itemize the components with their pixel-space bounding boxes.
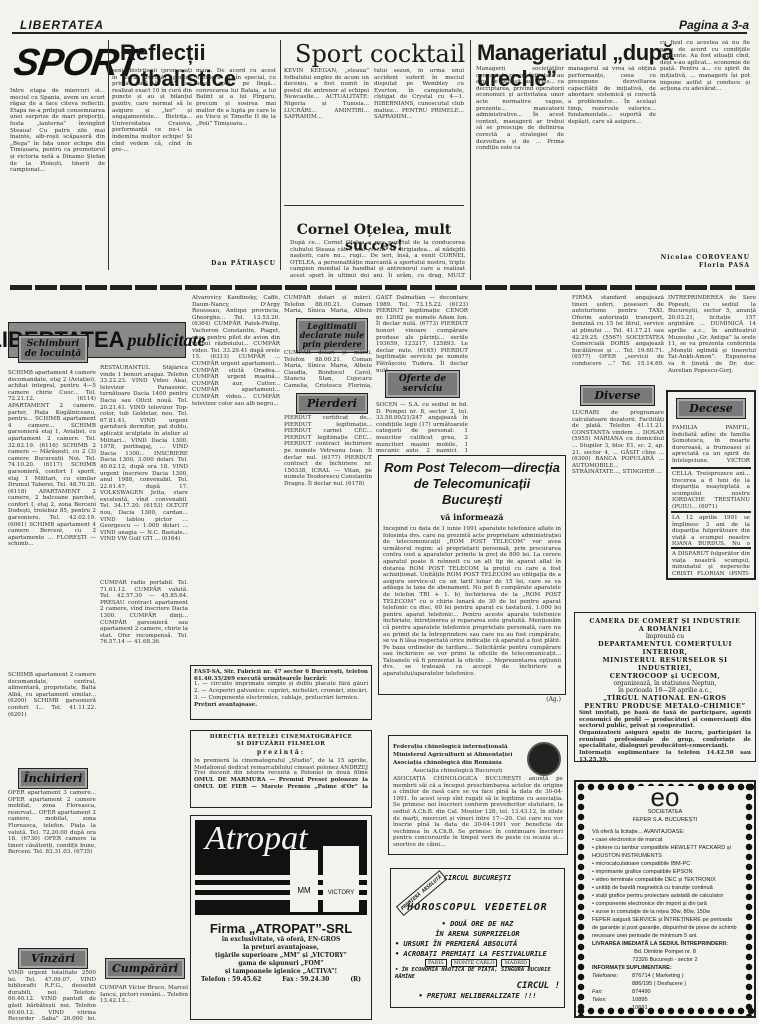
section-divider [10,285,755,290]
contact-label: Fax: [592,988,632,996]
feper-item: • stații grafice pentru proiectare asist… [592,892,738,900]
rompost-subtitle: vă informează [383,512,561,522]
divider [284,205,464,206]
oferte-list: SOCEN — S.A. cu sediul în bd. D. Pompei … [376,402,468,452]
circus-arc-main: HOROSCOPUL VEDETELOR [395,903,560,913]
atropat-ad: Atropat MM VICTORY Firma „ATROPAT”-SRL î… [190,815,372,1020]
article-cocktail-col1: KEVIN KEEGAN, „steaua” fotbalului englez… [284,68,369,198]
schimburi-list: SCHIMB apartament 4 camere decomandate, … [8,370,96,670]
schimburi-list-2: SCHIMB apartament 2 camere decomandate, … [8,672,96,762]
chamber-body3: Informații suplimentare la telefon 14.42… [579,750,751,762]
section-pierderi: Pierderi [296,393,368,414]
cinema-ad: DIRECȚIA REȚELEI CINEMATOGRAFICE ȘI DIFU… [190,730,372,808]
circus-line3: • URSURI ÎN PREMIERĂ ABSOLUTĂ [395,939,560,949]
contact-label [592,980,632,988]
circus-line2: ÎN ARENA SURPRIZELOR [395,929,560,939]
byline-pasa: Florin PASA [660,262,750,269]
article-reflectii-col2: mare. De acord cu acest deziderat și, în… [196,68,276,248]
article-manageriatul-col1: Managerii societăților comerciale recent… [476,66,564,276]
feper-ad: eo SOCIETATEA FEPER S.A. BUCUREȘTI Vă of… [574,780,756,1018]
chamber-line1: CAMERA DE COMERȚ ȘI INDUSTRIE [579,617,751,625]
rompost-title-2: de Telecomunicații București [383,476,561,508]
cinema-text2: Trei decenii din istoria recentă a Polon… [194,770,368,777]
column-rule [280,40,281,270]
feper-item: • microcalculatoare compatibile IBM-PC [592,860,738,868]
pierderi-list: PIERDUT certificat de... PIERDUT legitim… [284,415,372,585]
feper-service: FEPER asigură SERVICE și ÎNTREȚINERE pe … [592,916,738,940]
fast-header: FAST-SA, Str. Fabricii nr. 47 sector 6 B… [194,669,368,681]
contact-value: 874490 [632,988,738,996]
atropat-line3: țigările superioare „MM” și „VICTORY” [195,952,367,960]
classifieds-col2-list-b: CUMPĂR radio portabil. Tel. 71.61.12. CU… [100,580,188,950]
feper-delivery: LIVRAREA IMEDIATĂ LA SEDIUL ÎNTREPRINDER… [592,940,738,948]
divider [671,467,751,469]
chamber-line9: „TÎRGUL NAȚIONAL EN-GROS [579,694,751,702]
section-oferte: Oferte de serviciu [385,370,460,398]
circus-line1: • DOUĂ ORE DE HAZ [395,919,560,929]
header-rule [12,32,747,34]
city-badge: MONTE CARLO [451,959,498,967]
chamber-body1: Sînt invitați, pe bază de taxă de partic… [579,710,751,730]
chamber-line4: DEPARTAMENTUL COMERȚULUI INTERIOR, [579,640,751,656]
section-diverse: Diverse [580,385,655,406]
rompost-title-1: Rom Post Telecom—direcția [383,460,561,476]
vinzari-list: VIND urgent totalitate 2500 lei. Tel. 47… [8,970,96,1020]
column-rule [108,40,109,270]
chamber-body2: Organizatorii asigură spații de lucru, p… [579,730,751,750]
diverse-list: LUCRĂRI de programare calculatoare dozat… [572,410,664,580]
chamber-line10: PENTRU PRODUSE METALO-CHIMICE” [579,702,751,710]
circus-line6: • PREȚURI NELIBERALIZATE !!! [395,991,560,1001]
contact-value: 876714 ( Marketing ) [632,972,738,980]
inchirieri-list: OFER apartament 3 camere... OFER apartam… [8,790,96,940]
page-number: Pagina a 3-a [679,18,749,32]
chamber-ad: CAMERA DE COMERȚ ȘI INDUSTRIE A ROMÂNIEI… [574,612,756,762]
atropat-line1: în exclusivitate, vă oferă, EN-GROS [195,936,367,944]
contact-label: Telex: [592,996,632,1004]
decese-item: LA 12 aprilie 1991 se împlinesc 3 ani de… [668,515,754,545]
feper-item: • surse in comutație de la rețea 30w, 80… [592,908,738,916]
byline-coroveanu: Nicolae COROVEANU [660,254,750,261]
fast-footer: Prețuri avantajoase. [194,702,368,709]
feper-item: • plotere cu tambur compatibile HEWLETT … [592,844,738,860]
section-legitimatii: Legitimații declarate nule prin pierdere [296,318,368,353]
decese-item: CELLA. Treisprezece ani... trecerea a 6 … [668,471,754,509]
decese-box: Decese FAMILIA PAMFIL, îndoliată adînc d… [666,390,756,580]
feper-intro: Vă oferă la licitație... AVANTAJOASE: [592,828,738,836]
article-cocktail-col2: tului sezon, în urma unui accident sufer… [374,68,464,198]
chamber-line2: A ROMÂNIEI [579,625,751,633]
feper-address2: 72326 București - sector 2 [592,956,738,964]
chamber-line3: împreună cu [579,633,751,640]
atropat-line4: gama de săpunuri „FOM” [195,960,367,968]
masthead: LIBERTATEA [20,18,104,32]
kennel-text: ASOCIAȚIA CHINOLOGICĂ BUCUREȘTI anunță p… [393,776,563,846]
feper-item: • imprimante grafice compatibile EPSON [592,868,738,876]
dog-emblem-icon [527,742,561,776]
chamber-line5: MINISTERUL RESURSELOR ȘI INDUSTRIEI, [579,656,751,672]
section-decese: Decese [676,398,746,419]
divider [671,547,751,549]
cumparari-list: CUMPĂR Victor Bruce, Marcel Iancu, picto… [100,985,188,1020]
circus-line4: • ACROBAȚI PREMIAȚI LA FESTIVALURILE [395,949,560,959]
rompost-tag: (Ag.) [383,696,561,703]
dot-border-bottom [576,1006,754,1016]
atropat-contact: Telefon : 59.45.62 Fax : 59.24.30 (R) [195,976,367,983]
fast-item: 3. — Componente electronice, cablaje, pr… [194,695,368,702]
article-manageriatul-col3: cu fișul cu acestea să nu fie puse de ac… [660,40,750,250]
dot-border-right [744,782,754,1016]
atropat-tag: (R) [350,976,361,983]
cumpar-dolari: CUMPĂR dolari și mărci. Telefon 88.00.21… [284,295,372,315]
atropat-phone: Telefon : 59.45.62 [201,976,261,983]
circus-ad: PREMIERĂ ABSOLUTĂ CIRCUL BUCUREȘTI HOROS… [390,868,565,1008]
cigarette-pack-victory: VICTORY [323,846,359,912]
section-inchirieri: Închirieri [18,768,88,789]
cigarette-pack-mm: MM [290,850,318,912]
circus-line5: • ÎN ECONOMIA HAOTICĂ DE PIAȚĂ, SINGURA … [395,967,560,981]
classifieds-col3-list: Alvarovicy Kandinsky, Caffé, Daum-Nancy,… [192,295,280,575]
feper-item: • case electronice de marcat [592,836,738,844]
cinema-text1: În premieră la cinematograful „Studio”, … [194,758,368,770]
kennel-ad: Federația chinologică internațională Min… [388,735,568,855]
fast-ad: FAST-SA, Str. Fabricii nr. 47 sector 6 B… [190,665,372,720]
byline-patrascu: Dan PĂTRAȘCU [196,260,276,267]
feper-info: INFORMAȚII SUPLIMENTARE: [592,964,738,972]
classifieds-col7-list: ÎNTREPRINDEREA de Sere Popești, cu sediu… [668,295,756,385]
decese-item: FAMILIA PAMFIL, îndoliată adînc de famil… [668,425,754,465]
feper-item: • componente electronice din import și d… [592,900,738,908]
atropat-fax: Fax : 59.24.30 [282,976,329,983]
section-vinzari: Vînzări [18,948,88,969]
article-reflectii-col1: seni, bistrițenii (promovați în vara tre… [112,68,192,268]
rompost-ad: Rom Post Telecom—direcția de Telecomunic… [378,455,566,695]
section-cumparari: Cumpărări [105,958,185,979]
circus-circul: CIRCUL ! [395,981,560,991]
city-badge: PARIS [425,959,447,967]
circus-cities: PARIS MONTE CARLO MADRID [395,959,560,967]
contact-label: Telefoane: [592,972,632,980]
feper-item: • unități de bandă magnetică cu tranzițe… [592,884,738,892]
legitimatii-names: CUMPĂR dolari și mărci. Telefon 88.00.21… [284,350,372,390]
sport-intro-text: Intre etapa de miercuri si... meciul cu … [10,88,105,268]
city-badge: MADRID [501,959,530,967]
decese-item: A DISPĂRUT fulgerător din viața noastră … [668,551,754,575]
article-manageriatul-col2: managerul să vrea să obțină performanțe,… [568,66,656,276]
classifieds-col6-list: FIRMA standard angajează tineri șoferi, … [572,295,664,365]
contact-value: 886/195 ( Desfacere ) [632,980,738,988]
feper-address1: Bd. Dimitrie Pompei nr. 8 [592,948,738,956]
cinema-film2: OMUL DE FIER — Marele Premiu „Palme d'Or… [194,784,368,791]
dot-border-left [576,782,586,1016]
rompost-text: Începînd cu data de 1 iunie 1991 aparate… [383,526,561,696]
chamber-line8: în perioada 18—28 aprilie a.c., [579,687,751,694]
atropat-line5: și tampoanele igienice „ACTIVA”! [195,968,367,976]
atropat-line2: la prețuri avantajoase, [195,944,367,952]
cinema-film1: OMUL DE MARMURĂ — Premiul Presei polonez… [194,777,368,784]
article-otelea-text: După ce... Cornel Oțelea a pus punctul d… [290,240,465,280]
divider [671,511,751,513]
cinema-presents: prezintă: [194,749,368,756]
article-title-sport-cocktail: Sport cocktail [295,40,475,68]
feper-company2: FEPER S.A. BUCUREȘTI [592,816,738,824]
feper-logo-icon: eo [635,786,695,808]
fast-item: 2. — Acoperiri galvanice: cuprări, niche… [194,688,368,695]
contact-value: 10895 [632,996,738,1004]
cinema-header-1: DIRECȚIA REȚELEI CINEMATOGRAFICE [194,734,368,741]
column-rule [470,40,471,280]
chamber-line6: CENTROCOOP și UCECOM, [579,672,751,680]
cinema-header-2: ȘI DIFUZĂRII FILMELOR [194,741,368,748]
fast-item: 1. — circuite imprimate simple și dublu … [194,681,368,688]
classifieds-col2-list: RESTAURANTUL Stăjărica vinde 1 bonuri ar… [100,365,188,575]
atropat-image: Atropat MM VICTORY [195,820,367,915]
feper-item: • video terminale compatibile DEC și TEK… [592,876,738,884]
circus-arc-top: CIRCUL BUCUREȘTI [395,873,560,883]
section-schimburi: Schimburi de locuință [18,335,88,363]
atropat-firm: Firma „ATROPAT”-SRL [195,921,367,936]
chamber-line7: organizează, în stațiunea Neptun, [579,680,751,687]
